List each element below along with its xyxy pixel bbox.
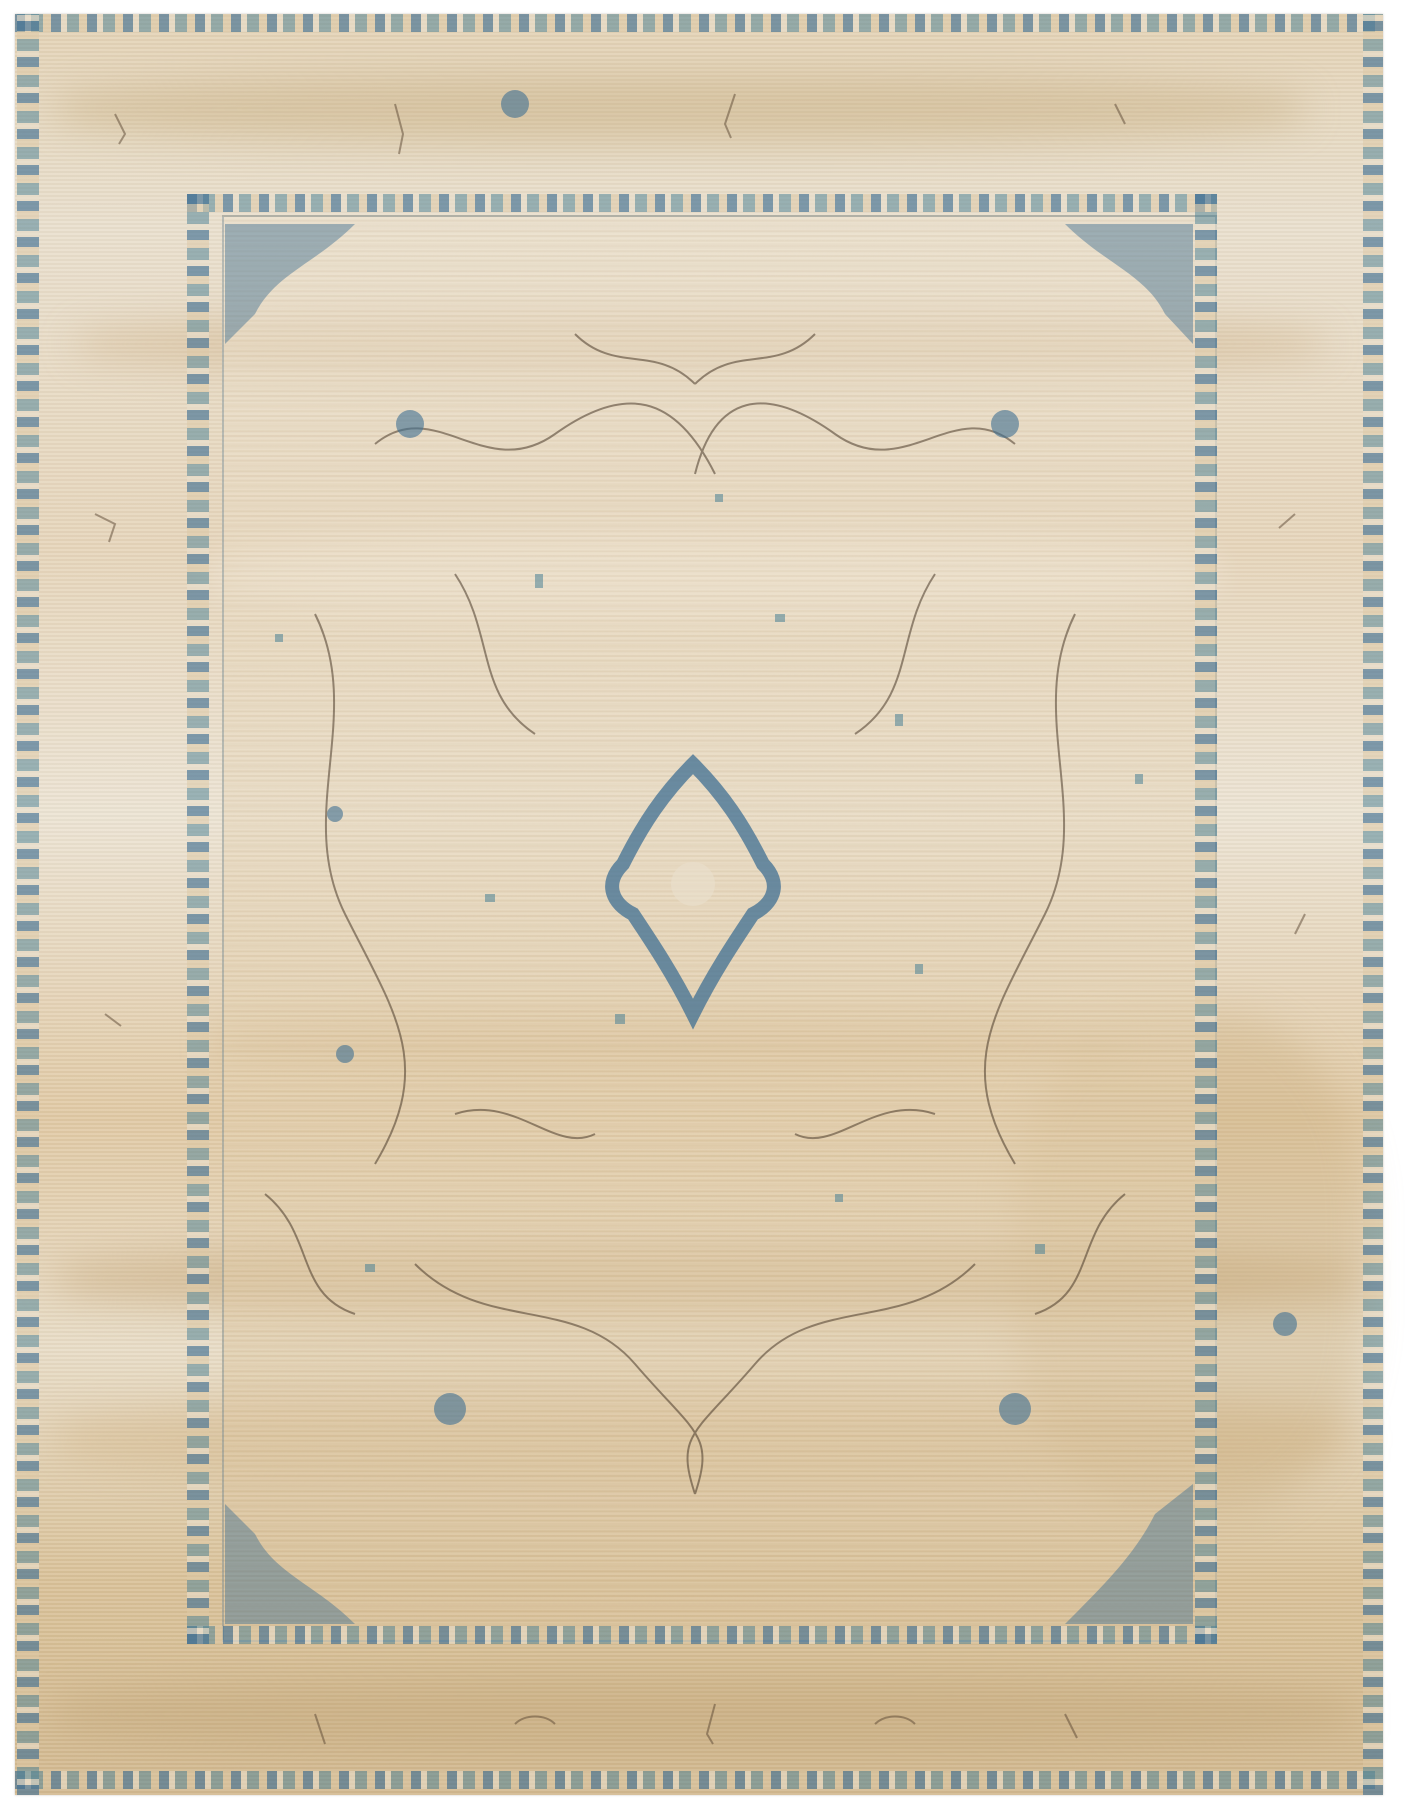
rug: [15, 14, 1383, 1795]
field-ornaments: [15, 14, 1383, 1795]
central-medallion: [612, 764, 774, 1014]
